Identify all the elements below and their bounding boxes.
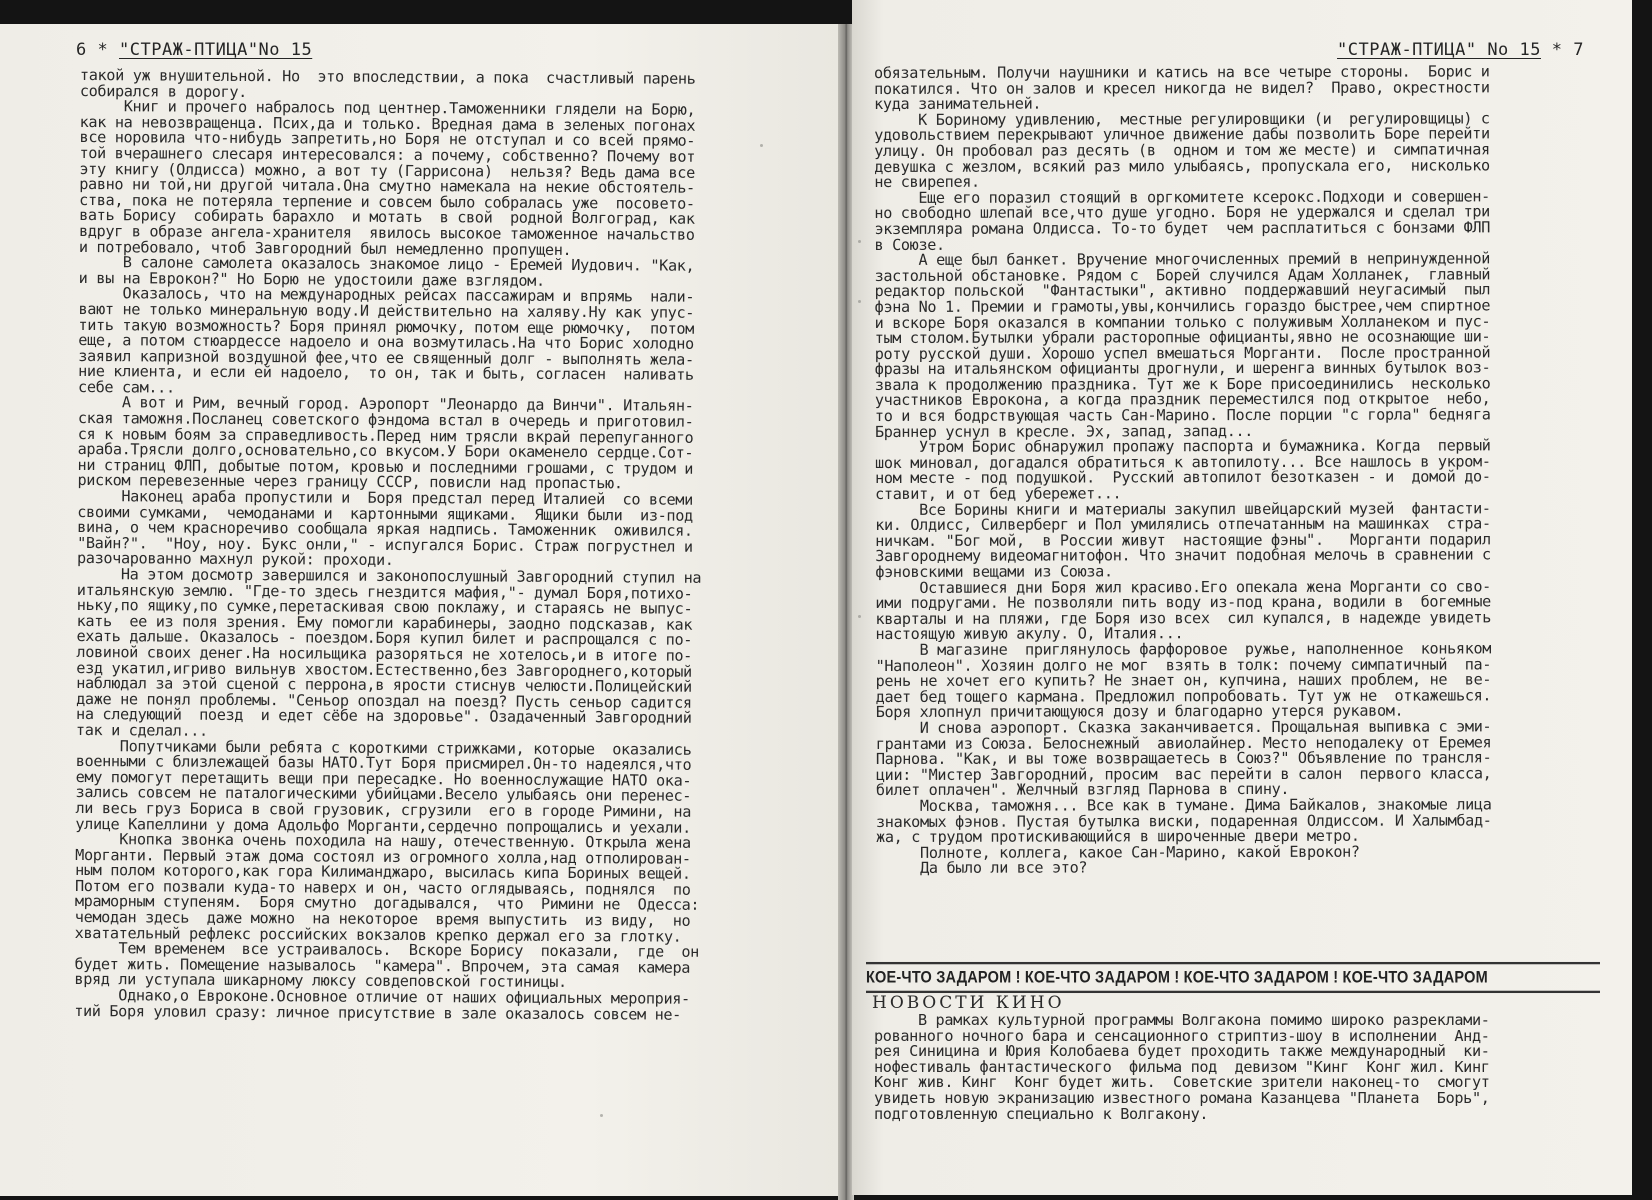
free-stuff-banner: КОЕ-ЧТО ЗАДАРОМ ! КОЕ-ЧТО ЗАДАРОМ ! КОЕ-… (866, 962, 1600, 993)
magazine-title: "СТРАЖ-ПТИЦА"No 15 (119, 40, 312, 60)
left-article-text: такой уж внушительной. Но это впоследств… (74, 68, 704, 1023)
page-number: 7 (1573, 40, 1584, 60)
page-number: 6 (76, 40, 87, 60)
paper-speck (858, 300, 861, 303)
separator-star: * (98, 40, 109, 60)
left-running-head: 6 * "СТРАЖ-ПТИЦА"No 15 (76, 40, 312, 60)
news-section-title: НОВОСТИ КИНО (872, 993, 1065, 1013)
text-line: тий Боря уловил сразу: личное присутстви… (74, 1004, 698, 1023)
right-running-head: "СТРАЖ-ПТИЦА" No 15 * 7 (1337, 40, 1584, 60)
right-article-text: обязательным. Получи наушники и катись н… (874, 64, 1492, 876)
text-line: подготовленную специально к Волгакону. (874, 1107, 1490, 1123)
left-page: 6 * "СТРАЖ-ПТИЦА"No 15 такой уж внушител… (0, 24, 840, 1196)
separator-star: * (1552, 40, 1563, 60)
paper-speck (760, 144, 763, 147)
text-line: экземпляра романа Олдисса. То-то будет ч… (874, 220, 1490, 237)
paper-speck (858, 615, 861, 618)
paper-speck (600, 1114, 603, 1117)
magazine-spread: 6 * "СТРАЖ-ПТИЦА"No 15 такой уж внушител… (0, 0, 1652, 1200)
magazine-title: "СТРАЖ-ПТИЦА" No 15 (1337, 40, 1541, 60)
paper-speck (858, 240, 861, 243)
news-section-text: В рамках культурной программы Волгакона … (874, 1013, 1490, 1122)
text-line: Да было ли все это? (876, 860, 1492, 877)
right-page: "СТРАЖ-ПТИЦА" No 15 * 7 обязательным. По… (852, 0, 1632, 1195)
